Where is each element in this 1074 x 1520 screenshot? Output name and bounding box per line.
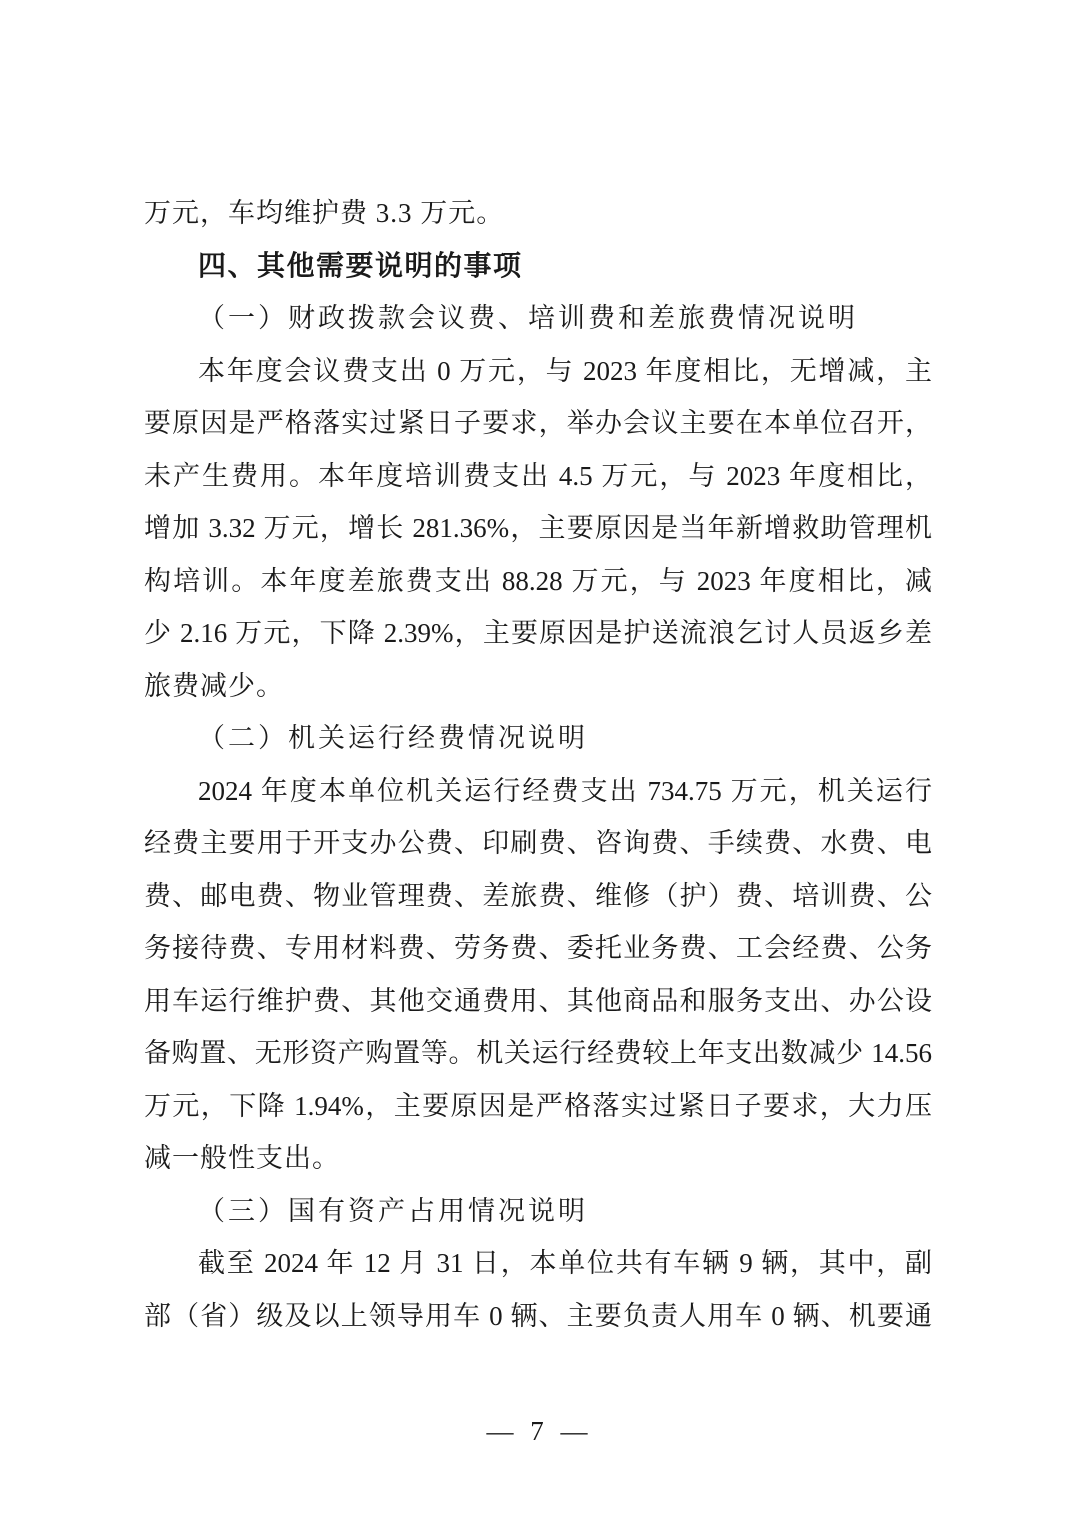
paragraph-line: 务接待费、专用材料费、劳务费、委托业务费、工会经费、公务 — [144, 922, 932, 975]
paragraph-line: 未产生费用。本年度培训费支出 4.5 万元，与 2023 年度相比， — [144, 450, 932, 503]
sub-heading: （一）财政拨款会议费、培训费和差旅费情况说明 — [144, 292, 932, 345]
paragraph-line: 备购置、无形资产购置等。机关运行经费较上年支出数减少 14.56 — [144, 1027, 932, 1080]
sub-heading: （三）国有资产占用情况说明 — [144, 1185, 932, 1238]
paragraph-line: 少 2.16 万元，下降 2.39%，主要原因是护送流浪乞讨人员返乡差 — [144, 607, 932, 660]
paragraph-line: 截至 2024 年 12 月 31 日，本单位共有车辆 9 辆，其中，副 — [144, 1237, 932, 1290]
paragraph-line: 万元，车均维护费 3.3 万元。 — [144, 187, 932, 240]
page-number: — 7 — — [0, 1405, 1074, 1457]
paragraph-line: 费、邮电费、物业管理费、差旅费、维修（护）费、培训费、公 — [144, 870, 932, 923]
document-page: 万元，车均维护费 3.3 万元。 四、其他需要说明的事项 （一）财政拨款会议费、… — [0, 0, 1074, 1520]
paragraph-line: 本年度会议费支出 0 万元，与 2023 年度相比，无增减，主 — [144, 345, 932, 398]
paragraph-line: 2024 年度本单位机关运行经费支出 734.75 万元，机关运行 — [144, 765, 932, 818]
section-heading: 四、其他需要说明的事项 — [144, 240, 932, 293]
paragraph-line: 用车运行维护费、其他交通费用、其他商品和服务支出、办公设 — [144, 975, 932, 1028]
sub-heading: （二）机关运行经费情况说明 — [144, 712, 932, 765]
paragraph-line: 部（省）级及以上领导用车 0 辆、主要负责人用车 0 辆、机要通 — [144, 1290, 932, 1343]
paragraph-line: 经费主要用于开支办公费、印刷费、咨询费、手续费、水费、电 — [144, 817, 932, 870]
paragraph-line: 要原因是严格落实过紧日子要求，举办会议主要在本单位召开， — [144, 397, 932, 450]
paragraph-line: 增加 3.32 万元，增长 281.36%，主要原因是当年新增救助管理机 — [144, 502, 932, 555]
paragraph-line: 旅费减少。 — [144, 660, 932, 713]
paragraph-line: 构培训。本年度差旅费支出 88.28 万元，与 2023 年度相比，减 — [144, 555, 932, 608]
paragraph-line: 万元，下降 1.94%，主要原因是严格落实过紧日子要求，大力压 — [144, 1080, 932, 1133]
document-body: 万元，车均维护费 3.3 万元。 四、其他需要说明的事项 （一）财政拨款会议费、… — [144, 187, 932, 1342]
paragraph-line: 减一般性支出。 — [144, 1132, 932, 1185]
